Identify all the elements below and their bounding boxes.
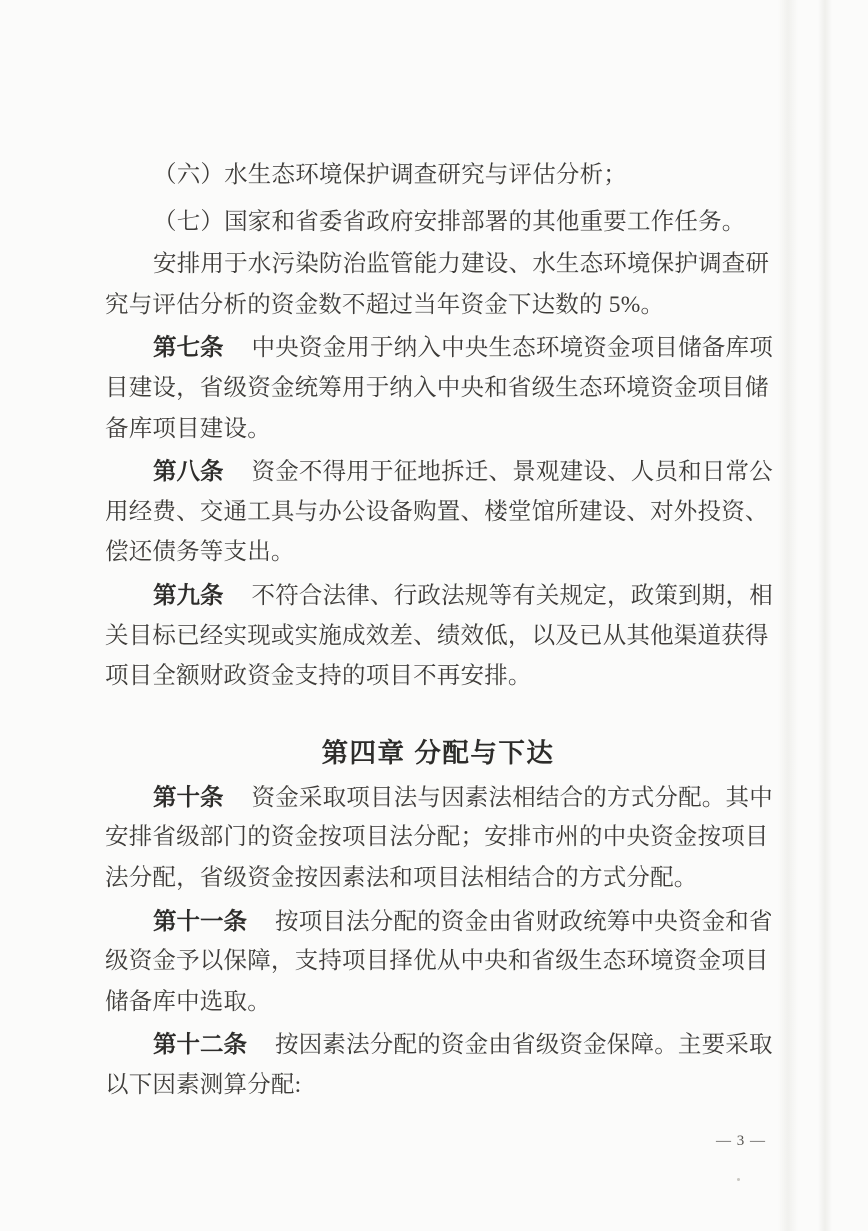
paragraph: （七）国家和省委省政府安排部署的其他重要工作任务。	[105, 202, 771, 243]
scan-streak	[778, 0, 798, 1231]
body-line: （七）国家和省委省政府安排部署的其他重要工作任务。	[105, 202, 771, 243]
body-line: 储备库中选取。	[105, 982, 771, 1023]
scan-streak	[818, 0, 832, 1231]
body-line: 第十条资金采取项目法与因素法相结合的方式分配。其中	[105, 777, 771, 818]
body-line: 第八条资金不得用于征地拆迁、景观建设、人员和日常公	[105, 451, 771, 492]
body-line: 第十一条按项目法分配的资金由省财政统筹中央资金和省	[105, 901, 771, 942]
body-line: 法分配，省级资金按因素法和项目法相结合的方式分配。	[105, 858, 771, 899]
article-paragraph: 第八条资金不得用于征地拆迁、景观建设、人员和日常公用经费、交通工具与办公设备购置…	[105, 451, 771, 573]
body-line: 用经费、交通工具与办公设备购置、楼堂馆所建设、对外投资、	[105, 492, 771, 533]
body-line: 安排用于水污染防治监管能力建设、水生态环境保护调查研	[105, 244, 771, 285]
article-paragraph: 第十一条按项目法分配的资金由省财政统筹中央资金和省级资金予以保障，支持项目择优从…	[105, 901, 771, 1023]
body-line: 关目标已经实现或实施成效差、绩效低，以及已从其他渠道获得	[105, 616, 771, 657]
body-line: 项目全额财政资金支持的项目不再安排。	[105, 656, 771, 697]
article-number: 第十条	[153, 784, 224, 810]
article-number: 第九条	[153, 582, 224, 608]
body-line: 以下因素测算分配:	[105, 1065, 771, 1106]
article-number: 第七条	[153, 334, 224, 360]
body-line: 究与评估分析的资金数不超过当年资金下达数的 5%。	[105, 285, 771, 326]
article-paragraph: 第九条不符合法律、行政法规等有关规定，政策到期，相关目标已经实现或实施成效差、绩…	[105, 575, 771, 697]
body-line: 第九条不符合法律、行政法规等有关规定，政策到期，相	[105, 575, 771, 616]
body-line: 备库项目建设。	[105, 409, 771, 450]
article-paragraph: 第七条中央资金用于纳入中央生态环境资金项目储备库项目建设，省级资金统筹用于纳入中…	[105, 327, 771, 449]
body-line: 第七条中央资金用于纳入中央生态环境资金项目储备库项	[105, 327, 771, 368]
article-number: 第十一条	[153, 908, 247, 934]
chapter-heading: 第四章 分配与下达	[105, 731, 771, 775]
scan-speck	[737, 1178, 740, 1181]
document-body: （六）水生态环境保护调查研究与评估分析；（七）国家和省委省政府安排部署的其他重要…	[105, 155, 771, 1105]
paragraph: 安排用于水污染防治监管能力建设、水生态环境保护调查研究与评估分析的资金数不超过当…	[105, 244, 771, 325]
body-line: （六）水生态环境保护调查研究与评估分析；	[105, 155, 771, 196]
paragraph: （六）水生态环境保护调查研究与评估分析；	[105, 155, 771, 196]
body-line: 偿还债务等支出。	[105, 532, 771, 573]
article-paragraph: 第十条资金采取项目法与因素法相结合的方式分配。其中安排省级部门的资金按项目法分配…	[105, 777, 771, 899]
body-line: 目建设，省级资金统筹用于纳入中央和省级生态环境资金项目储	[105, 368, 771, 409]
body-line: 级资金予以保障，支持项目择优从中央和省级生态环境资金项目	[105, 941, 771, 982]
article-number: 第八条	[153, 458, 224, 484]
body-line: 安排省级部门的资金按项目法分配；安排市州的中央资金按项目	[105, 817, 771, 858]
document-page: （六）水生态环境保护调查研究与评估分析；（七）国家和省委省政府安排部署的其他重要…	[0, 0, 868, 1231]
article-paragraph: 第十二条按因素法分配的资金由省级资金保障。主要采取以下因素测算分配:	[105, 1024, 771, 1105]
page-number: — 3 —	[716, 1133, 766, 1150]
article-number: 第十二条	[153, 1031, 247, 1057]
body-line: 第十二条按因素法分配的资金由省级资金保障。主要采取	[105, 1024, 771, 1065]
